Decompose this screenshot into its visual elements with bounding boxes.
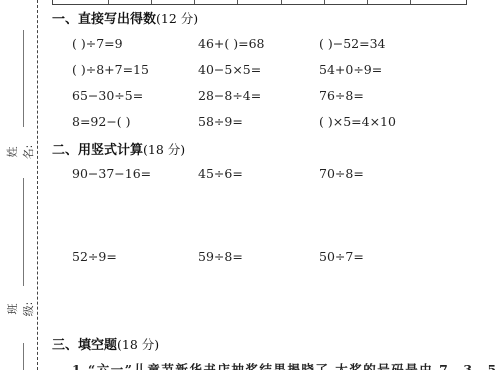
section-2-points: (18 分): [143, 142, 185, 157]
problem: ( )÷8+7=15: [72, 62, 149, 77]
problem: 28−8÷4=: [198, 88, 261, 103]
problem: ( )×5=4×10: [319, 114, 396, 129]
score-cell: [109, 0, 152, 4]
score-table: [52, 0, 467, 5]
problem: 70÷8=: [319, 166, 364, 181]
score-cell: [282, 0, 325, 4]
score-cell: [195, 0, 238, 4]
class-label: 班级:: [4, 299, 36, 319]
section-3-title: 三、填空题: [52, 338, 117, 353]
problem: ( )−52=34: [319, 36, 386, 51]
problem: 59÷8=: [198, 249, 243, 264]
problem: 50÷7=: [319, 249, 364, 264]
section-2-title: 二、用竖式计算: [52, 143, 143, 158]
score-cell: [411, 0, 466, 4]
name-label: 姓名:: [4, 142, 36, 162]
school-underline: [23, 343, 24, 370]
section-3-points: (18 分): [117, 337, 159, 352]
problem: 46+( )=68: [198, 36, 265, 51]
problem: 40−5×5=: [198, 62, 261, 77]
problem: 58÷9=: [198, 114, 243, 129]
problem: 76÷8=: [319, 88, 364, 103]
score-cell: [152, 0, 195, 4]
section-1-points: (12 分): [156, 11, 198, 26]
problem: 45÷6=: [198, 166, 243, 181]
section-3-heading: 三、填空题(18 分): [52, 334, 159, 353]
fill-in-question-1: 1.“六一”儿童节新华书店抽奖结果揭晓了,大奖的号码是由 7、3、5: [72, 360, 495, 370]
score-cell: [325, 0, 368, 4]
score-cell: [238, 0, 281, 4]
problem: 52÷9=: [72, 249, 117, 264]
problem: 8=92−( ): [72, 114, 131, 129]
section-2-heading: 二、用竖式计算(18 分): [52, 139, 185, 158]
name-underline: [23, 30, 24, 127]
problem: 90−37−16=: [72, 166, 151, 181]
score-cell: [53, 0, 109, 4]
binding-dotted-line: [37, 0, 38, 370]
problem: 54+0÷9=: [319, 62, 382, 77]
problem: ( )÷7=9: [72, 36, 123, 51]
class-underline: [23, 178, 24, 286]
score-cell: [368, 0, 411, 4]
section-1-heading: 一、直接写出得数(12 分): [52, 8, 198, 27]
problem: 65−30÷5=: [72, 88, 143, 103]
section-1-title: 一、直接写出得数: [52, 12, 156, 27]
